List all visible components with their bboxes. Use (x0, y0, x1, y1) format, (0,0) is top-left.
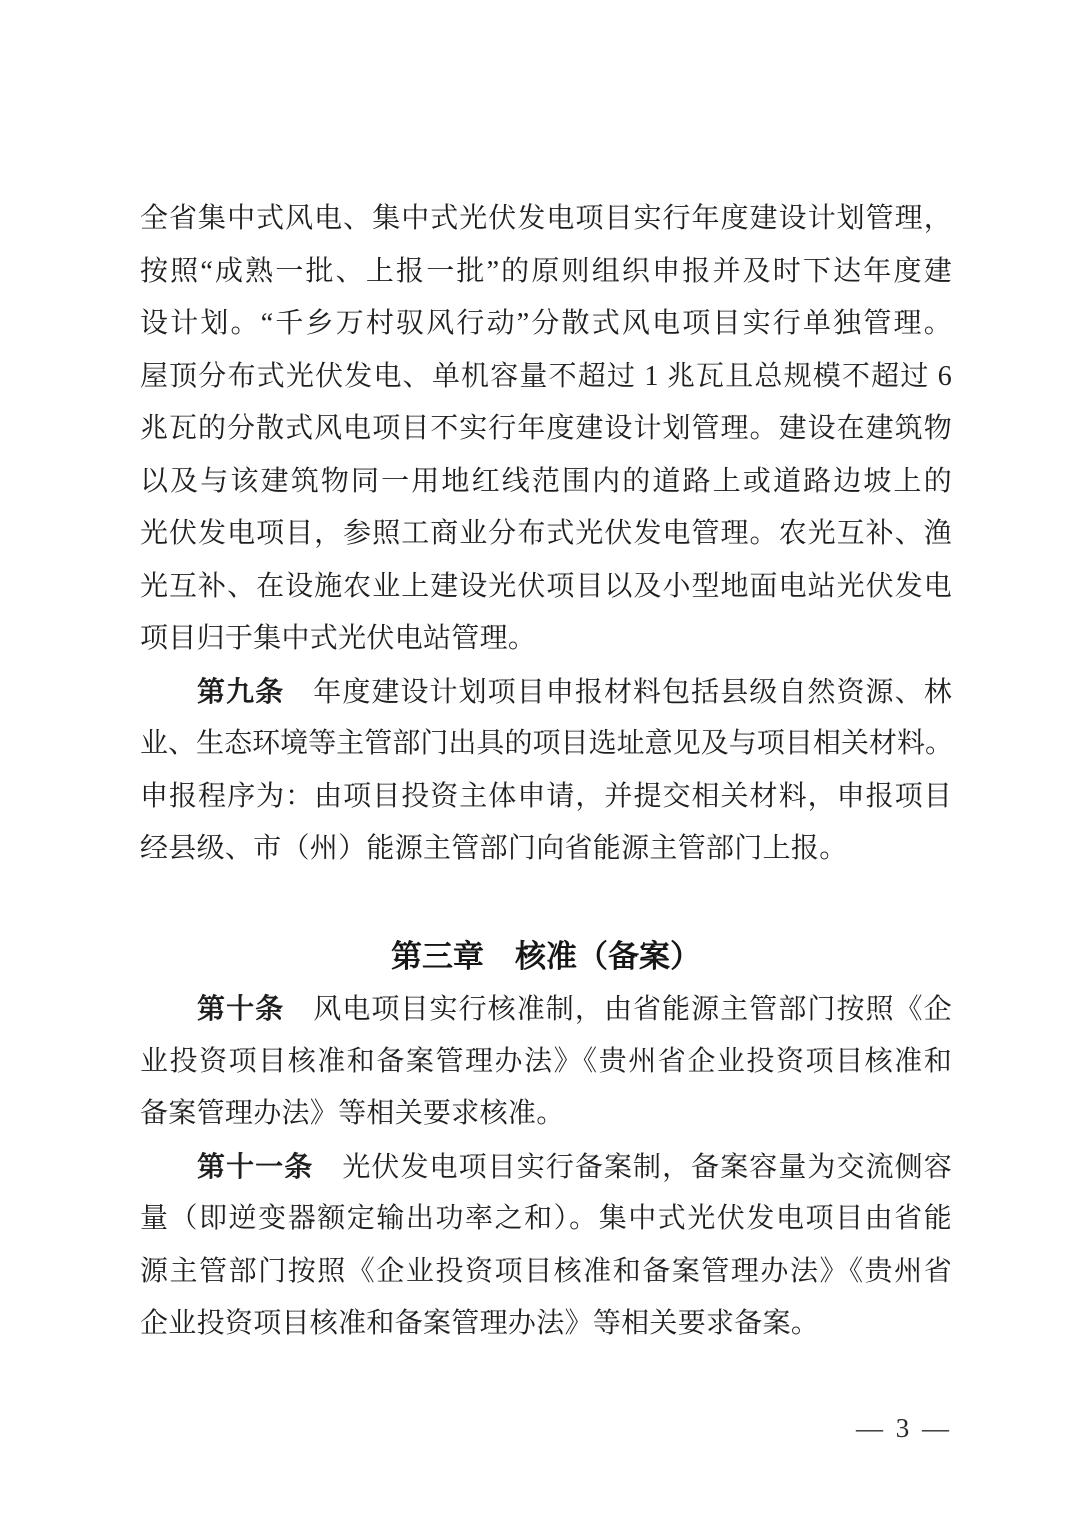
line-text: 光伏发电项目实行备案制，备案容量为交流侧容 (313, 1152, 952, 1183)
line-text: 光互补、在设施农业上建设光伏项目以及小型地面电站光伏发电 (140, 571, 952, 602)
line-text: 申报程序为：由项目投资主体申请，并提交相关材料，申报项目 (140, 781, 952, 812)
page-number: — 3 — (140, 1408, 952, 1448)
body-line: 经县级、市（州）能源主管部门向省能源主管部门上报。 (140, 823, 952, 876)
body-line: 申报程序为：由项目投资主体申请，并提交相关材料，申报项目 (140, 771, 952, 824)
body-line: 业、生态环境等主管部门出具的项目选址意见及与项目相关材料。 (140, 718, 952, 771)
body-line: 量（即逆变器额定输出功率之和）。集中式光伏发电项目由省能 (140, 1193, 952, 1246)
line-text: 设计划。“千乡万村驭风行动”分散式风电项目实行单独管理。 (140, 308, 952, 339)
line-text: 以及与该建筑物同一用地红线范围内的道路上或道路边坡上的 (140, 466, 952, 497)
line-text: 屋顶分布式光伏发电、单机容量不超过 1 兆瓦且总规模不超过 6 (140, 361, 952, 392)
line-text: 业、生态环境等主管部门出具的项目选址意见及与项目相关材料。 (140, 728, 952, 759)
body-line: 光互补、在设施农业上建设光伏项目以及小型地面电站光伏发电 (140, 561, 952, 614)
line-text: 兆瓦的分散式风电项目不实行年度建设计划管理。建设在建筑物 (140, 413, 952, 444)
line-text: 年度建设计划项目申报材料包括县级自然资源、林 (284, 677, 952, 708)
line-text: 源主管部门按照《企业投资项目核准和备案管理办法》《贵州省 (140, 1256, 952, 1287)
line-text: 量（即逆变器额定输出功率之和）。集中式光伏发电项目由省能 (140, 1203, 952, 1234)
line-text: 经县级、市（州）能源主管部门向省能源主管部门上报。 (140, 833, 848, 864)
body-line: 项目归于集中式光伏电站管理。 (140, 613, 952, 666)
body-line: 企业投资项目核准和备案管理办法》等相关要求备案。 (140, 1298, 952, 1351)
line-text: 光伏发电项目，参照工商业分布式光伏发电管理。农光互补、渔 (140, 518, 952, 549)
document-body: 全省集中式风电、集中式光伏发电项目实行年度建设计划管理， 按照“成熟一批、上报一… (140, 193, 952, 1351)
body-line: 源主管部门按照《企业投资项目核准和备案管理办法》《贵州省 (140, 1246, 952, 1299)
body-line: 业投资项目核准和备案管理办法》《贵州省企业投资项目核准和 (140, 1036, 952, 1089)
body-line: 屋顶分布式光伏发电、单机容量不超过 1 兆瓦且总规模不超过 6 (140, 351, 952, 404)
chapter-heading: 第三章 核准（备案） (140, 931, 952, 984)
body-line: 兆瓦的分散式风电项目不实行年度建设计划管理。建设在建筑物 (140, 403, 952, 456)
line-text: 按照“成熟一批、上报一批”的原则组织申报并及时下达年度建 (140, 256, 952, 287)
body-line: 备案管理办法》等相关要求核准。 (140, 1088, 952, 1141)
body-line: 按照“成熟一批、上报一批”的原则组织申报并及时下达年度建 (140, 246, 952, 299)
article-number: 第九条 (197, 676, 284, 707)
body-line: 光伏发电项目，参照工商业分布式光伏发电管理。农光互补、渔 (140, 508, 952, 561)
body-line: 以及与该建筑物同一用地红线范围内的道路上或道路边坡上的 (140, 456, 952, 509)
article-number: 第十一条 (197, 1151, 313, 1182)
article-number: 第十条 (197, 993, 284, 1024)
line-text: 备案管理办法》等相关要求核准。 (140, 1098, 565, 1129)
body-line: 设计划。“千乡万村驭风行动”分散式风电项目实行单独管理。 (140, 298, 952, 351)
body-line: 全省集中式风电、集中式光伏发电项目实行年度建设计划管理， (140, 193, 952, 246)
line-text: 风电项目实行核准制，由省能源主管部门按照《企 (284, 994, 952, 1025)
body-line: 第九条 年度建设计划项目申报材料包括县级自然资源、林 (140, 666, 952, 719)
body-line: 第十条 风电项目实行核准制，由省能源主管部门按照《企 (140, 983, 952, 1036)
line-text: 项目归于集中式光伏电站管理。 (140, 623, 536, 654)
document-page: 全省集中式风电、集中式光伏发电项目实行年度建设计划管理， 按照“成熟一批、上报一… (0, 0, 1080, 1527)
line-text: 业投资项目核准和备案管理办法》《贵州省企业投资项目核准和 (140, 1046, 952, 1077)
body-line: 第十一条 光伏发电项目实行备案制，备案容量为交流侧容 (140, 1141, 952, 1194)
line-text: 全省集中式风电、集中式光伏发电项目实行年度建设计划管理， (140, 203, 952, 234)
line-text: 企业投资项目核准和备案管理办法》等相关要求备案。 (140, 1308, 819, 1339)
